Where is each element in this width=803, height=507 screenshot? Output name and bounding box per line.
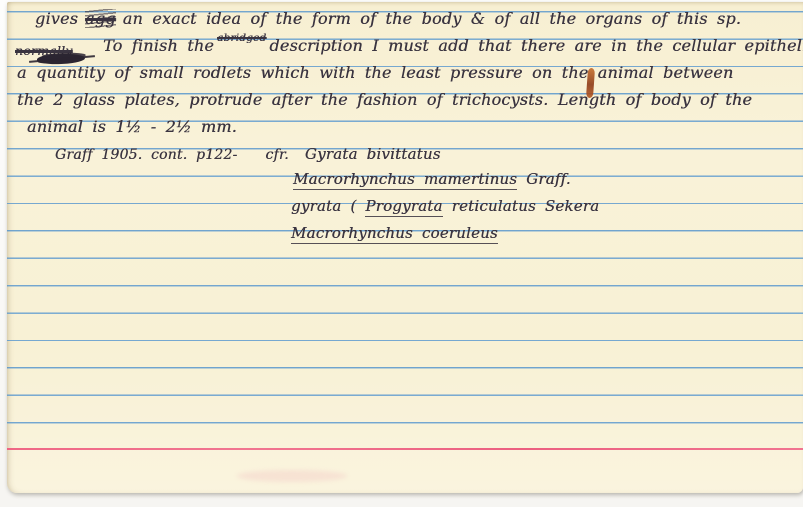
handwriting-line-1: givesaggan exact idea of the form of the… bbox=[35, 6, 741, 32]
citation: Graff 1905. cont. p122- bbox=[55, 147, 237, 163]
line2-text: description I must add that there are in… bbox=[269, 36, 803, 55]
scan-background: givesaggan exact idea of the form of the… bbox=[0, 0, 803, 507]
handwriting-line-3: a quantity of small rodlets which with t… bbox=[17, 60, 733, 86]
citation-abbrev: cfr. bbox=[265, 147, 288, 163]
pink-smudge bbox=[237, 470, 347, 482]
citation-line: Graff 1905. cont. p122-cfr.Gyrata bivitt… bbox=[55, 141, 441, 168]
line1-start: gives bbox=[35, 9, 78, 28]
species-name-4: Macrorhynchus coeruleus bbox=[291, 220, 498, 246]
line1-text: an exact idea of the form of the body & … bbox=[123, 9, 741, 28]
handwriting-line-5: animal is 1½ - 2½ mm. bbox=[27, 114, 237, 140]
species-name-3: gyrata ( Progyrata reticulatus Sekera bbox=[291, 193, 599, 219]
species-name-1: Gyrata bivittatus bbox=[305, 145, 441, 163]
red-rule-line bbox=[7, 448, 803, 450]
inserted-word: abridged bbox=[217, 25, 266, 51]
index-card: givesaggan exact idea of the form of the… bbox=[7, 2, 803, 493]
line2-start: To finish the bbox=[103, 36, 214, 55]
species-name-2: Macrorhynchus mamertinus Graff. bbox=[293, 166, 571, 192]
struck-word: agg bbox=[85, 9, 116, 28]
handwriting-line-4: the 2 glass plates, protrude after the f… bbox=[17, 87, 752, 113]
handwriting-line-2: To finish theabridgeddescription I must … bbox=[103, 33, 803, 61]
